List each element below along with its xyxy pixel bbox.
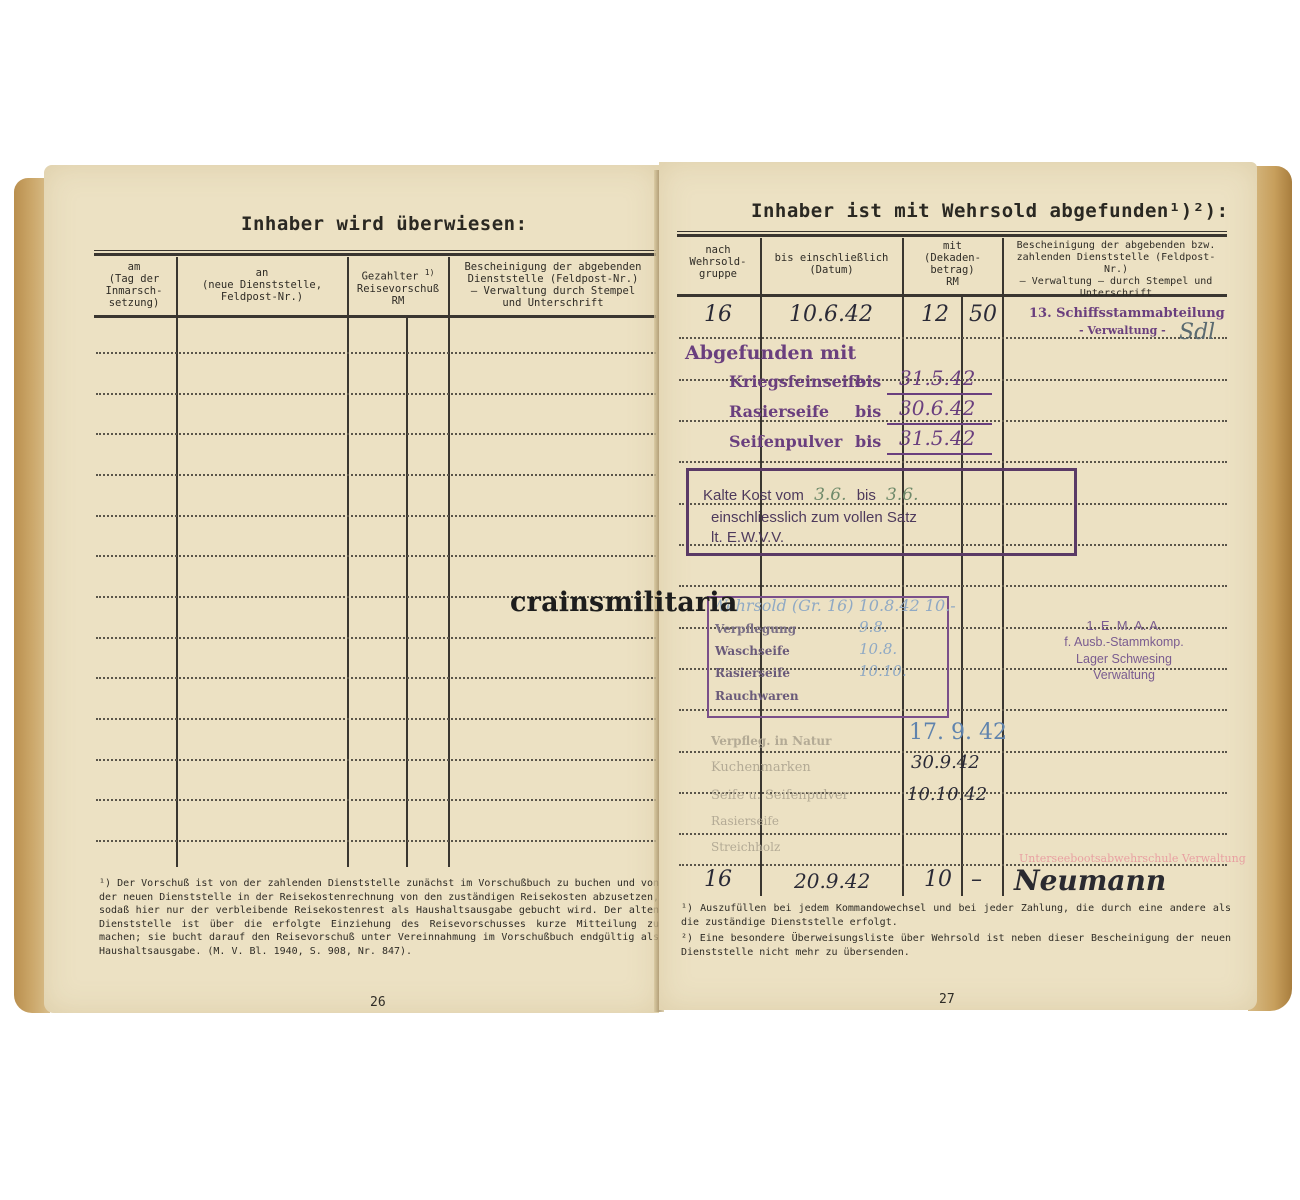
faint-item-label: Kuchenmarken: [711, 760, 811, 775]
entry-rm: 10: [924, 867, 952, 892]
emaa-line1: 1. E. M. A. A.: [1019, 618, 1229, 633]
column-header-an: an (neue Dienststelle, Feldpost-Nr.): [178, 267, 346, 303]
stamp-underline: [887, 423, 992, 425]
verpflegung-item-date: 9.8.: [859, 618, 888, 636]
faint-item-date: 17. 9. 42: [909, 720, 1007, 745]
abgefunden-item-label: Rasierseife: [729, 402, 829, 421]
kalte-kost-line2: einschliesslich zum vollen Satz: [711, 509, 917, 526]
column-divider: [448, 257, 450, 867]
faint-item-date: 10.10.42: [907, 784, 987, 805]
faint-item-date: 30.9.42: [911, 752, 980, 773]
verpflegung-header: Wehrsold (Gr. 16) 10.8.42 10.-: [711, 596, 956, 615]
kalte-kost-line3: lt. E.W.V.V.: [711, 529, 784, 546]
entry-datum: 10.6.42: [789, 302, 873, 327]
page-number-27: 27: [939, 992, 955, 1007]
column-header-datum: bis einschließlich (Datum): [762, 252, 901, 276]
header-rule-top-thick: [94, 253, 656, 256]
row-line: [96, 637, 656, 639]
row-line: [96, 840, 656, 842]
entry-datum: 20.9.42: [794, 869, 870, 893]
kalte-kost-prefix: Kalte Kost vom: [703, 487, 804, 504]
verpflegung-item-date: 10.8.: [859, 640, 897, 658]
bis-label: bis: [855, 372, 881, 391]
left-page-title: Inhaber wird überwiesen:: [241, 213, 528, 235]
verpflegung-item-label: Rauchwaren: [715, 689, 799, 703]
signature-2: Neumann: [1014, 864, 1166, 897]
stamp-underline: [887, 453, 992, 455]
verpflegung-item-label: Rasierseife: [715, 666, 790, 680]
abgefunden-item-label: Seifenpulver: [729, 432, 842, 451]
faint-item-label: Seife u. Seifenpulver: [711, 788, 849, 803]
entry-pf: 50: [969, 302, 997, 327]
column-divider: [347, 257, 349, 867]
column-header-reisevorschuss: Gezahlter 1) Reisevorschuß RM: [349, 267, 447, 307]
entry-pf: –: [971, 867, 982, 892]
abgefunden-title: Abgefunden mit: [685, 342, 856, 364]
emaa-line4: Verwaltung: [1019, 668, 1229, 682]
right-page-title: Inhaber ist mit Wehrsold abgefunden¹)²):: [751, 200, 1229, 222]
stamp-kalte-kost: Kalte Kost vom 3.6. bis 3.6. einschliess…: [686, 468, 1077, 556]
emaa-line3: Lager Schwesing: [1019, 652, 1229, 666]
row-line: [96, 433, 656, 435]
signature-1: Sdl: [1179, 320, 1215, 345]
column-divider: [406, 317, 408, 867]
entry-gruppe: 16: [704, 867, 732, 892]
stamp-schiffsstammabteilung: 13. Schiffsstammabteilung: [1029, 306, 1225, 321]
column-divider: [176, 257, 178, 867]
row-line: [96, 555, 656, 557]
row-line: [679, 337, 1227, 339]
verpflegung-item-label: Verpflegung: [715, 622, 796, 636]
header-rule-top: [94, 250, 656, 251]
kalte-kost-from: 3.6.: [814, 485, 846, 505]
right-footnote-2: ²) Eine besondere Überweisungsliste über…: [681, 932, 1231, 959]
faint-item-label: Verpfleg. in Natur: [711, 734, 831, 748]
bis-label: bis: [855, 402, 881, 421]
faint-item-label: Streichholz: [711, 840, 780, 854]
entry-rm: 12: [921, 302, 949, 327]
row-line: [679, 461, 1227, 463]
row-line: [96, 677, 656, 679]
faint-item-label: Rasierseife: [711, 814, 779, 828]
row-line: [679, 585, 1227, 587]
right-page: Inhaber ist mit Wehrsold abgefunden¹)²):…: [659, 162, 1257, 1010]
column-header-bescheinigung: Bescheinigung der abgebenden bzw. zahlen…: [1005, 240, 1227, 300]
watermark: crainsmilitaria: [510, 587, 738, 618]
row-line: [96, 352, 656, 354]
column-header-bescheinigung: Bescheinigung der abgebenden Dienststell…: [450, 261, 656, 309]
row-line: [679, 833, 1227, 835]
stamp-verwaltung: - Verwaltung -: [1079, 324, 1166, 337]
column-header-am: am (Tag der Inmarsch- setzung): [94, 261, 174, 309]
right-footnote-1: ¹) Auszufüllen bei jedem Kommandowechsel…: [681, 902, 1231, 929]
kalte-kost-bis: bis: [857, 487, 876, 504]
emaa-line2: f. Ausb.-Stammkomp.: [1019, 635, 1229, 649]
abgefunden-item-date: 31.5.42: [899, 366, 975, 390]
row-line: [96, 799, 656, 801]
left-footnote: ¹) Der Vorschuß ist von der zahlenden Di…: [99, 877, 659, 959]
header-rule-top: [677, 231, 1227, 232]
abgefunden-item-date: 30.6.42: [899, 396, 975, 420]
bis-label: bis: [855, 432, 881, 451]
column-header-dekadenbetrag: mit (Dekaden- betrag) RM: [904, 240, 1001, 288]
row-line: [96, 474, 656, 476]
page-number-26: 26: [370, 995, 386, 1010]
verpflegung-item-date: 10.10.: [859, 662, 907, 680]
abgefunden-item-label: Kriegsfeinseife: [729, 372, 865, 391]
header-rule-top-thick: [677, 234, 1227, 237]
row-line: [96, 515, 656, 517]
row-line: [96, 718, 656, 720]
row-line: [96, 759, 656, 761]
row-line: [96, 393, 656, 395]
stamp-underline: [887, 393, 992, 395]
verpflegung-item-label: Waschseife: [715, 644, 790, 658]
kalte-kost-to: 3.6.: [886, 485, 918, 505]
abgefunden-item-date: 31.5.42: [899, 426, 975, 450]
stamp-verpflegung: Wehrsold (Gr. 16) 10.8.42 10.- Verpflegu…: [707, 596, 949, 718]
header-rule-bottom: [94, 315, 656, 318]
column-header-wehrsoldgruppe: nach Wehrsold- gruppe: [677, 244, 759, 280]
entry-gruppe: 16: [704, 302, 732, 327]
